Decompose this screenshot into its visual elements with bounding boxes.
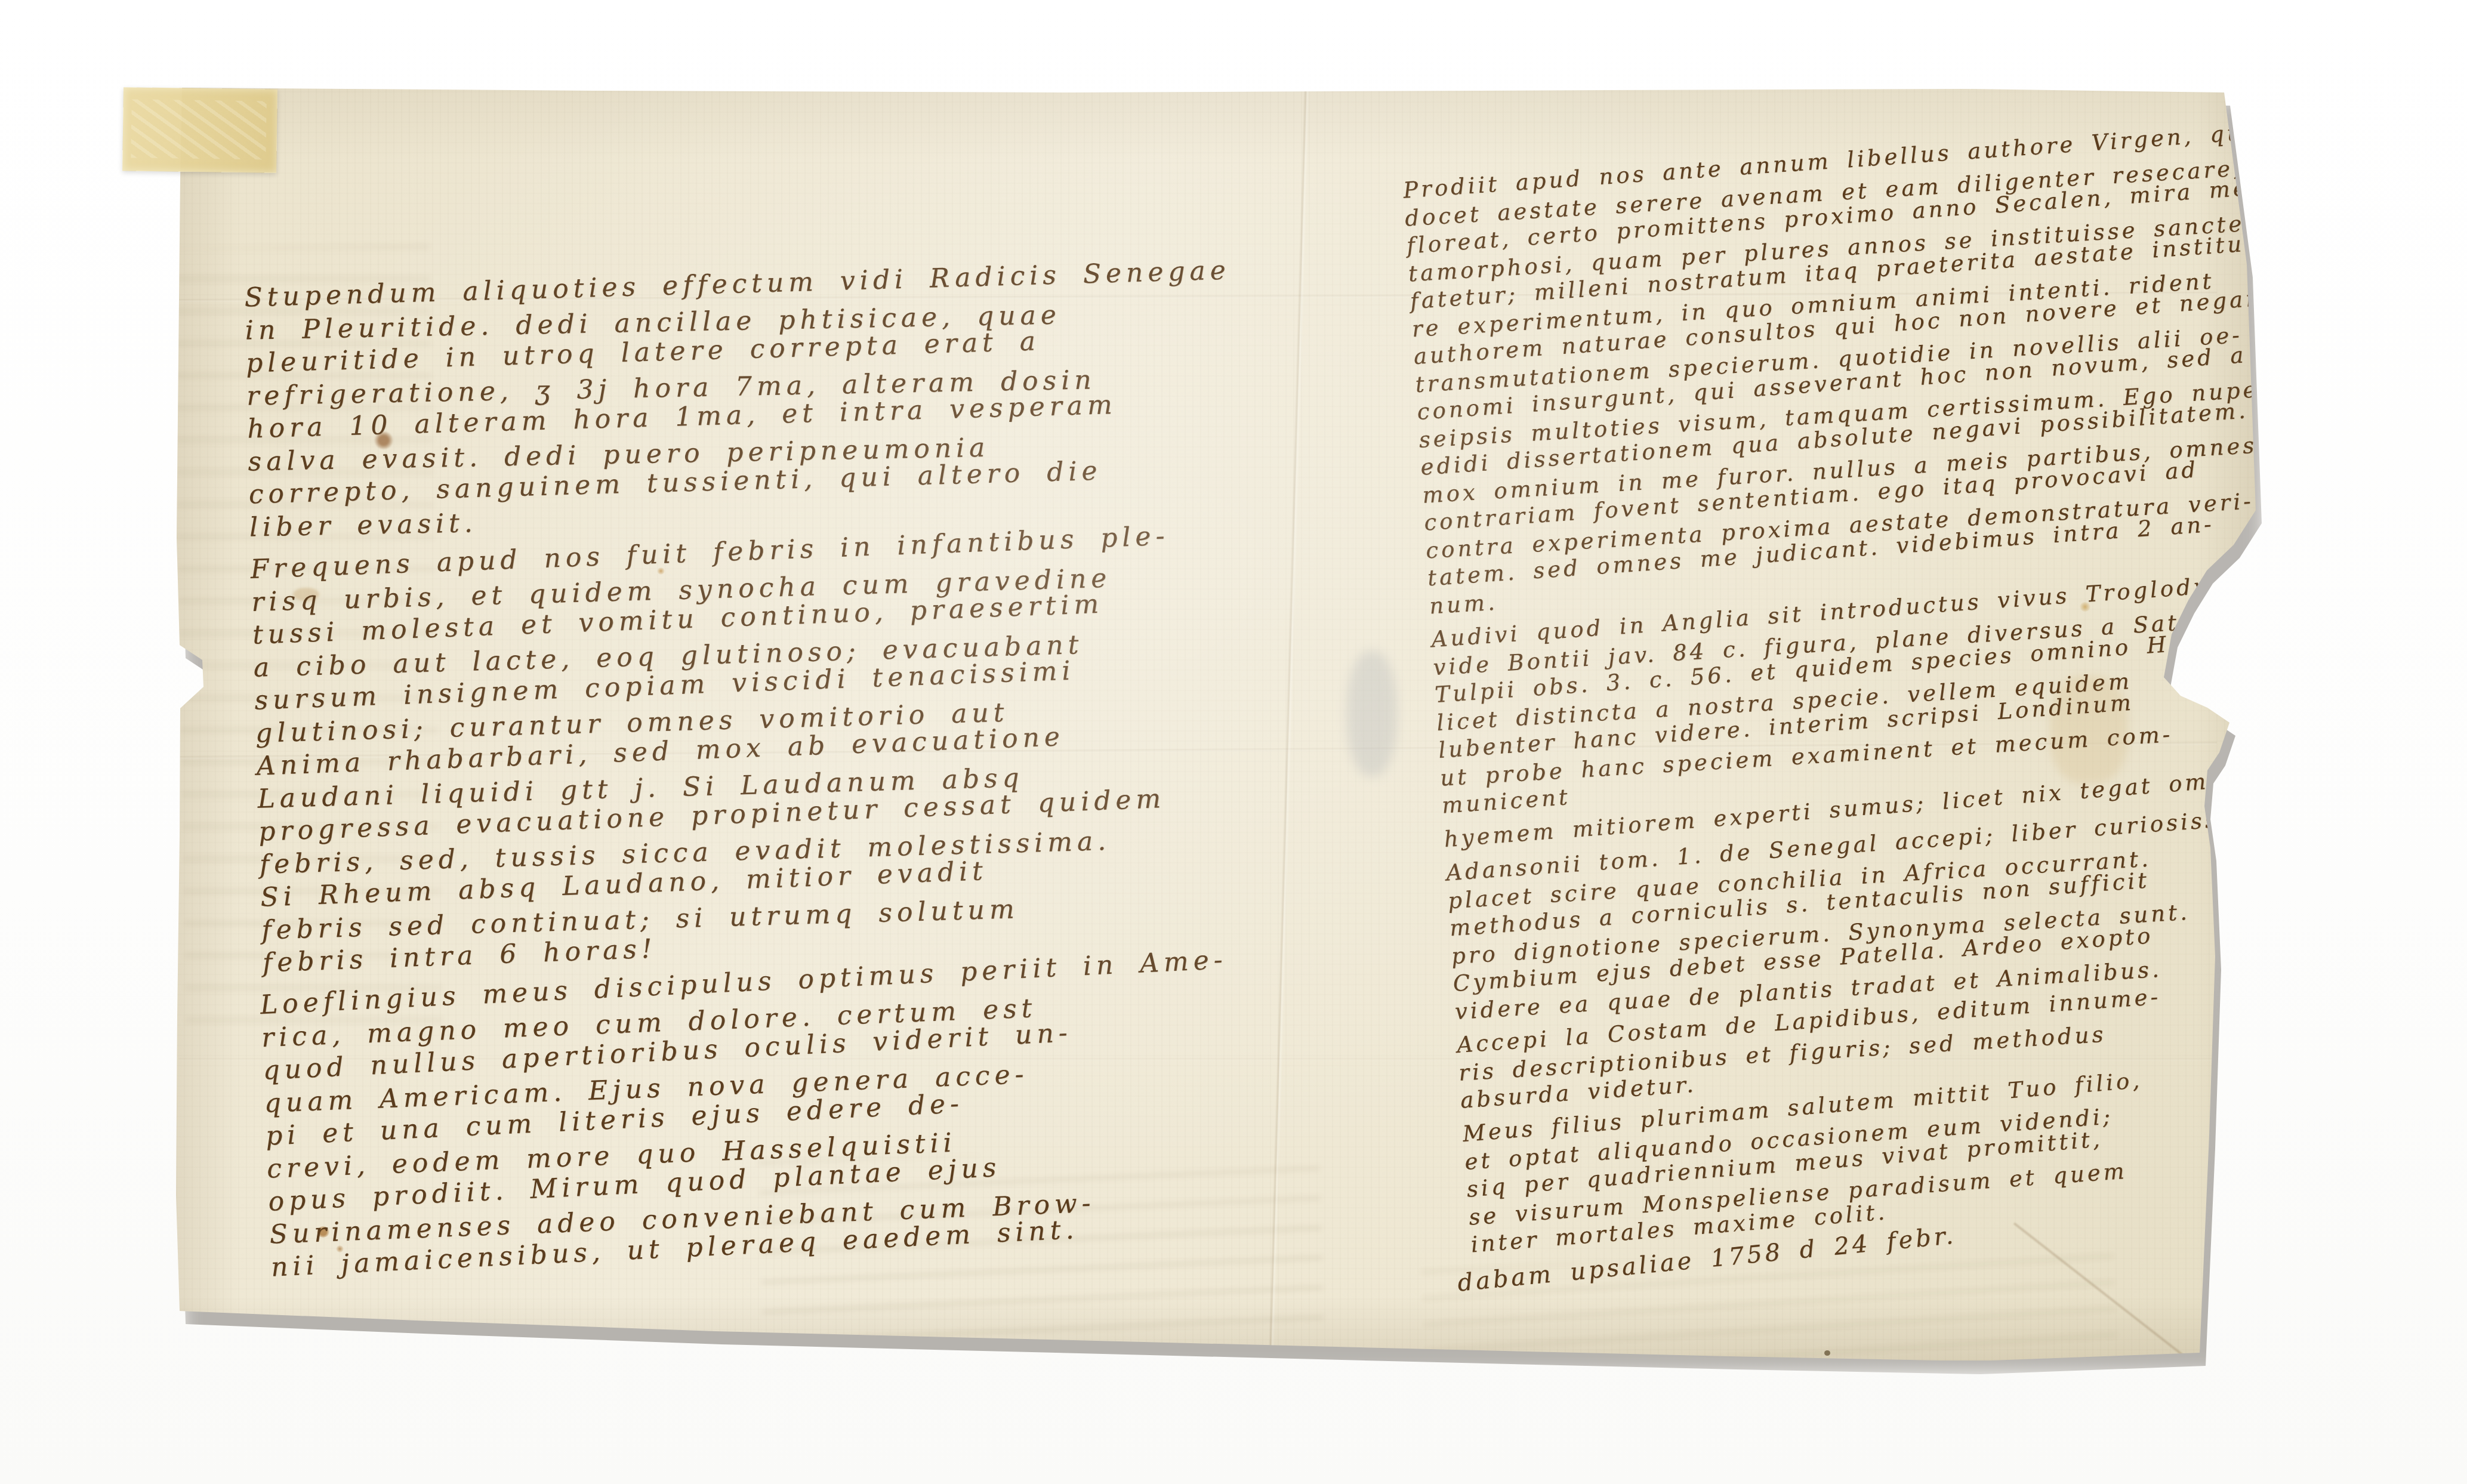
tape-fragment — [122, 87, 277, 173]
paper-vignette — [176, 85, 2259, 1360]
paper-sheet: Stupendum aliquoties effectum vidi Radic… — [176, 85, 2259, 1360]
letter-photograph: Stupendum aliquoties effectum vidi Radic… — [0, 0, 2467, 1484]
